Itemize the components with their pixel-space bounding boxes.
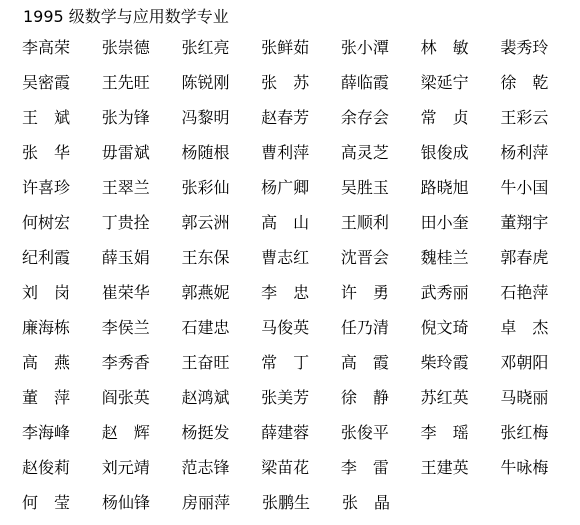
student-name: 吴胜玉: [341, 170, 421, 205]
student-name: 高灵芝: [341, 135, 421, 170]
student-name: 张彩仙: [181, 170, 261, 205]
student-name: 常 贞: [421, 100, 501, 135]
student-name: 石建忠: [181, 310, 261, 345]
student-name: 赵鸿斌: [181, 380, 261, 415]
student-name: 林 敏: [421, 30, 501, 65]
student-name: 卓 杰: [500, 310, 580, 345]
student-name: 许 勇: [341, 275, 421, 310]
student-name: 石艳萍: [500, 275, 580, 310]
roster-row: 何 莹杨仙锋房丽萍张鹏生张 晶: [22, 485, 580, 520]
student-name: 李 忠: [261, 275, 341, 310]
student-name: 苏红英: [421, 380, 501, 415]
student-name: 曹利萍: [261, 135, 341, 170]
student-name: 马俊英: [261, 310, 341, 345]
student-name: 高 霞: [341, 345, 421, 380]
document-page: 1995 级数学与应用数学专业 李高荣张崇德张红亮张鲜茹张小潭林 敏裴秀玲吴密霞…: [0, 0, 580, 520]
student-name: 马晓丽: [500, 380, 580, 415]
student-name: 沈晋会: [341, 240, 421, 275]
student-name: 张为锋: [102, 100, 182, 135]
student-name: 李 雷: [341, 450, 421, 485]
student-name: 梁延宁: [421, 65, 501, 100]
student-name: 范志锋: [181, 450, 261, 485]
student-name: 余存会: [341, 100, 421, 135]
student-name: 廉海栋: [22, 310, 102, 345]
student-name: 刘 岗: [22, 275, 102, 310]
student-name: 裴秀玲: [500, 30, 580, 65]
student-name: 张 晶: [342, 485, 422, 520]
student-name: 郭春虎: [500, 240, 580, 275]
student-name: 何树宏: [22, 205, 102, 240]
student-name: 李侯兰: [102, 310, 182, 345]
student-name: 杨随根: [181, 135, 261, 170]
page-title: 1995 级数学与应用数学专业: [23, 8, 580, 26]
student-name: 李秀香: [102, 345, 182, 380]
student-name: 魏桂兰: [421, 240, 501, 275]
student-name: 王东保: [181, 240, 261, 275]
student-name: 许喜珍: [22, 170, 102, 205]
student-name: 常 丁: [261, 345, 341, 380]
roster-row: 吴密霞王先旺陈锐刚张 苏薛临霞梁延宁徐 乾: [22, 65, 580, 100]
student-name: 郭燕妮: [181, 275, 261, 310]
student-name: 毋雷斌: [102, 135, 182, 170]
student-name: 房丽萍: [182, 485, 262, 520]
student-name: 邓朝阳: [500, 345, 580, 380]
student-name: 纪利霞: [22, 240, 102, 275]
roster-row: 何树宏丁贵拴郭云洲高 山王顺利田小奎董翔宇: [22, 205, 580, 240]
student-name: 武秀丽: [421, 275, 501, 310]
student-name: 陈锐刚: [181, 65, 261, 100]
student-name: 田小奎: [421, 205, 501, 240]
student-name: 王 斌: [22, 100, 102, 135]
roster-row: 赵俊莉刘元靖范志锋梁苗花李 雷王建英牛咏梅: [22, 450, 580, 485]
student-name: 银俊成: [421, 135, 501, 170]
student-name: 赵 辉: [102, 415, 182, 450]
student-name: 张鲜茹: [261, 30, 341, 65]
student-name: 阎张英: [102, 380, 182, 415]
student-name: 董 萍: [22, 380, 102, 415]
roster-grid: 李高荣张崇德张红亮张鲜茹张小潭林 敏裴秀玲吴密霞王先旺陈锐刚张 苏薛临霞梁延宁徐…: [22, 30, 580, 520]
roster-row: 王 斌张为锋冯黎明赵春芳余存会常 贞王彩云: [22, 100, 580, 135]
student-name: 张红亮: [181, 30, 261, 65]
student-name: 丁贵拴: [102, 205, 182, 240]
student-name: 王建英: [421, 450, 501, 485]
student-name: 路晓旭: [421, 170, 501, 205]
student-name: 董翔宇: [500, 205, 580, 240]
roster-row: 董 萍阎张英赵鸿斌张美芳徐 静苏红英马晓丽: [22, 380, 580, 415]
student-name: 倪文琦: [421, 310, 501, 345]
student-name: 张 苏: [261, 65, 341, 100]
student-name: 王彩云: [500, 100, 580, 135]
student-name: 赵春芳: [261, 100, 341, 135]
roster-row: 刘 岗崔荣华郭燕妮李 忠许 勇武秀丽石艳萍: [22, 275, 580, 310]
student-name: 崔荣华: [102, 275, 182, 310]
student-name: 杨仙锋: [102, 485, 182, 520]
student-name: 张俊平: [341, 415, 421, 450]
student-name: 杨广卿: [261, 170, 341, 205]
student-name: 李 瑶: [421, 415, 501, 450]
student-name: 何 莹: [22, 485, 102, 520]
student-name: 柴玲霞: [421, 345, 501, 380]
roster-row: 李海峰赵 辉杨挺发薛建蓉张俊平李 瑶张红梅: [22, 415, 580, 450]
student-name: 王翠兰: [102, 170, 182, 205]
student-name: 徐 静: [341, 380, 421, 415]
student-name: 高 燕: [22, 345, 102, 380]
student-name: 薛玉娟: [102, 240, 182, 275]
student-name: 张崇德: [102, 30, 182, 65]
student-name: 赵俊莉: [22, 450, 102, 485]
student-name: 刘元靖: [102, 450, 182, 485]
roster-row: 张 华毋雷斌杨随根曹利萍高灵芝银俊成杨利萍: [22, 135, 580, 170]
student-name: 张鹏生: [262, 485, 342, 520]
student-name: 杨挺发: [181, 415, 261, 450]
student-name: 李高荣: [22, 30, 102, 65]
roster-row: 许喜珍王翠兰张彩仙杨广卿吴胜玉路晓旭牛小国: [22, 170, 580, 205]
student-name: 张小潭: [341, 30, 421, 65]
student-name: 张 华: [22, 135, 102, 170]
student-name: 徐 乾: [500, 65, 580, 100]
student-name: 牛咏梅: [500, 450, 580, 485]
student-name: 张红梅: [500, 415, 580, 450]
roster-row: 李高荣张崇德张红亮张鲜茹张小潭林 敏裴秀玲: [22, 30, 580, 65]
student-name: 高 山: [261, 205, 341, 240]
student-name: 张美芳: [261, 380, 341, 415]
roster-row: 廉海栋李侯兰石建忠马俊英任乃清倪文琦卓 杰: [22, 310, 580, 345]
roster-row: 高 燕李秀香王奋旺常 丁高 霞柴玲霞邓朝阳: [22, 345, 580, 380]
student-name: 冯黎明: [181, 100, 261, 135]
student-name: 杨利萍: [500, 135, 580, 170]
student-name: 吴密霞: [22, 65, 102, 100]
student-name: 王先旺: [102, 65, 182, 100]
student-name: 牛小国: [500, 170, 580, 205]
student-name: 任乃清: [341, 310, 421, 345]
student-name: 郭云洲: [181, 205, 261, 240]
student-name: 曹志红: [261, 240, 341, 275]
student-name: 王顺利: [341, 205, 421, 240]
student-name: 薛建蓉: [261, 415, 341, 450]
student-name: 王奋旺: [181, 345, 261, 380]
student-name: 梁苗花: [261, 450, 341, 485]
student-name: 李海峰: [22, 415, 102, 450]
roster-row: 纪利霞薛玉娟王东保曹志红沈晋会魏桂兰郭春虎: [22, 240, 580, 275]
student-name: 薛临霞: [341, 65, 421, 100]
